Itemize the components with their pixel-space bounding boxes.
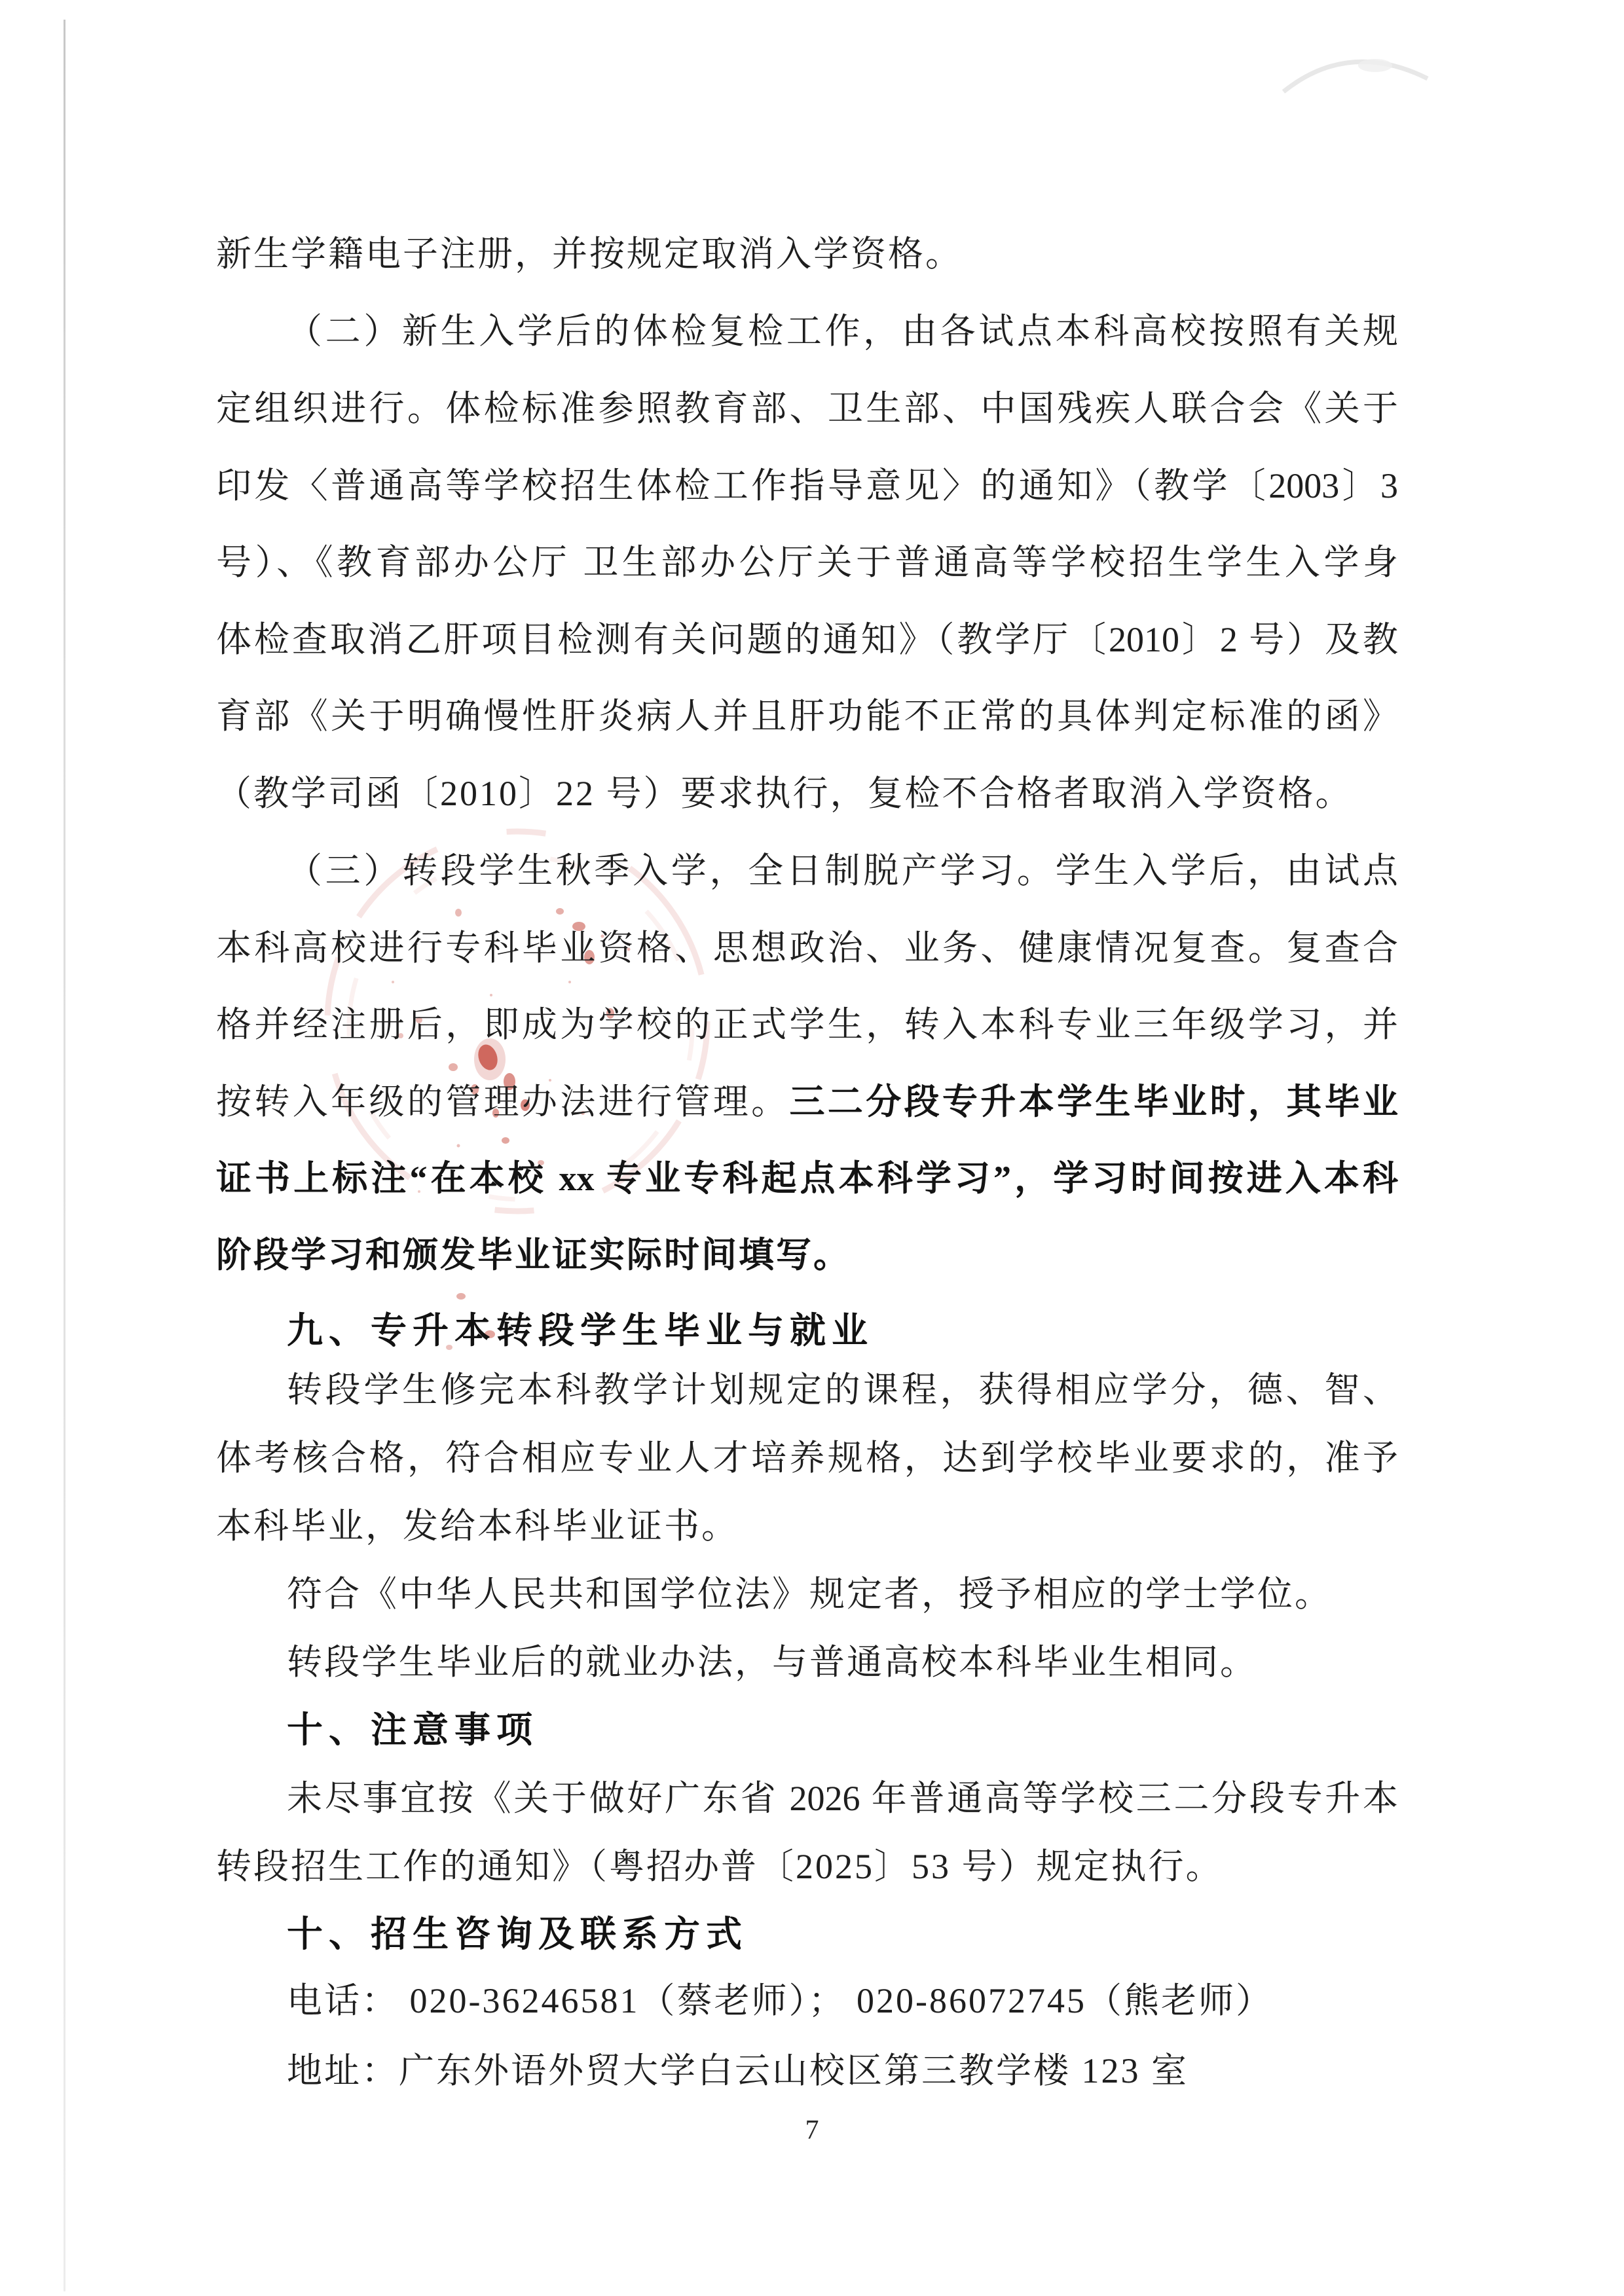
doc-line: 格并经注册后，即成为学校的正式学生，转入本科专业三年级学习，并 [216,1006,1398,1044]
doc-line: 阶段学习和颁发毕业证实际时间填写。 [216,1236,851,1274]
doc-line: 转段学生毕业后的就业办法，与普通高校本科毕业生相同。 [287,1643,1257,1681]
doc-line: 按转入年级的管理办法进行管理。三二分段专升本学生毕业时，其毕业 [216,1083,1398,1121]
doc-line: 符合《中华人民共和国学位法》规定者，授予相应的学士学位。 [287,1575,1332,1613]
doc-line: 号）、《教育部办公厅 卫生部办公厅关于普通高等学校招生学生入学身 [216,543,1398,581]
doc-line: 体考核合格，符合相应专业人才培养规格，达到学校毕业要求的，准予 [216,1439,1398,1477]
doc-line: 体检查取消乙肝项目检测有关问题的通知》（教学厅〔2010〕2 号）及教 [216,621,1398,659]
doc-line: （二）新生入学后的体检复检工作，由各试点本科高校按照有关规 [287,312,1398,350]
doc-line: 未尽事宜按《关于做好广东省 2026 年普通高等学校三二分段专升本 [287,1779,1398,1817]
doc-line: 证书上标注“在本校 xx 专业专科起点本科学习”，学习时间按进入本科 [216,1159,1398,1197]
doc-line-normal-segment: 按转入年级的管理办法进行管理。 [216,1082,790,1121]
section-heading: 九、专升本转段学生毕业与就业 [287,1312,874,1350]
doc-line: 本科高校进行专科毕业资格、思想政治、业务、健康情况复查。复查合 [216,929,1398,967]
doc-line: 本科毕业，发给本科毕业证书。 [216,1507,739,1545]
scan-smudge-artifact [1264,26,1447,118]
section-heading: 十、注意事项 [287,1711,538,1749]
doc-line: 转段学生修完本科教学计划规定的课程，获得相应学分，德、智、 [287,1371,1398,1409]
contact-address-line: 地址：广东外语外贸大学白云山校区第三教学楼 123 室 [287,2052,1189,2090]
doc-line: 新生学籍电子注册，并按规定取消入学资格。 [216,235,963,273]
scan-edge-line [64,20,65,2291]
section-heading: 十、招生咨询及联系方式 [287,1916,748,1954]
seal-ink-blobs [392,908,631,1350]
doc-line: 印发〈普通高等学校招生体检工作指导意见〉的通知》（教学〔2003〕3 [216,467,1398,505]
document-page: 新生学籍电子注册，并按规定取消入学资格。 （二）新生入学后的体检复检工作，由各试… [0,0,1624,2296]
doc-line: 育部《关于明确慢性肝炎病人并且肝功能不正常的具体判定标准的函》 [216,697,1398,735]
doc-line: （教学司函〔2010〕22 号）要求执行，复检不合格者取消入学资格。 [216,774,1353,812]
doc-line: 定组织进行。体检标准参照教育部、卫生部、中国残疾人联合会《关于 [216,390,1398,428]
contact-phone-line: 电话： 020-36246581（蔡老师）； 020-86072745（熊老师） [287,1982,1273,2020]
doc-line: （三）转段学生秋季入学，全日制脱产学习。学生入学后，由试点 [287,852,1398,890]
doc-line: 转段招生工作的通知》（粤招办普〔2025〕53 号）规定执行。 [216,1848,1223,1886]
page-number: 7 [0,2115,1624,2146]
doc-line-bold-segment: 三二分段专升本学生毕业时，其毕业 [790,1082,1399,1121]
